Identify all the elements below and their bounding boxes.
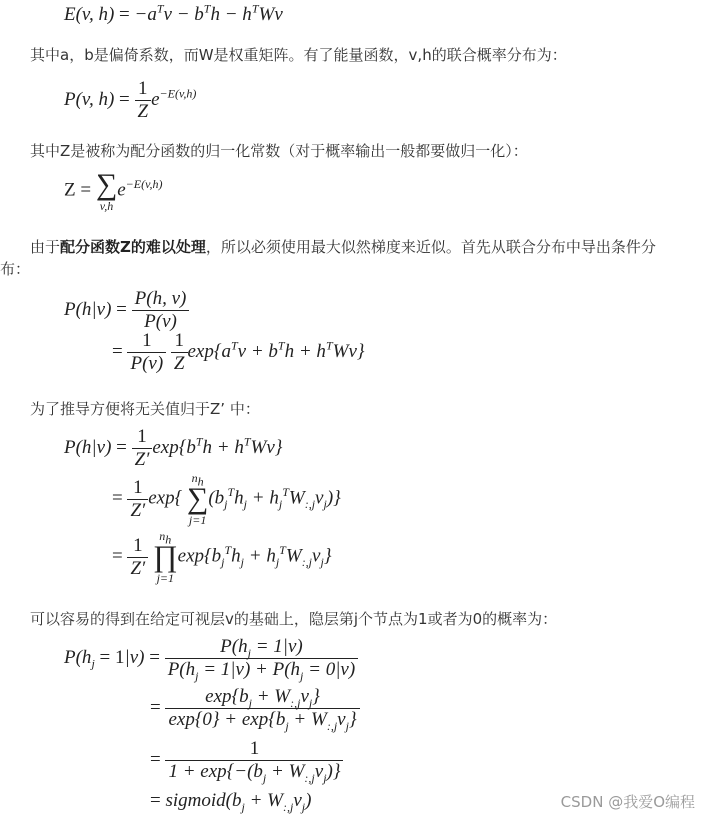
equation-factor-line1: P(h|v) = 1Z′exp{bTh + hTWv} — [64, 426, 282, 471]
paragraph-intractable-prefix: 由于 — [30, 238, 60, 256]
equation-sigmoid-line2: = exp{bj + W:,jvj}exp{0} + exp{bj + W:,j… — [150, 686, 360, 731]
paragraph-intractable-bold: 配分函数Z的难以处理 — [60, 238, 206, 256]
paragraph-intractable-suffix: ，所以必须使用最大似然梯度来近似。首先从联合分布中导出条件分 — [206, 238, 656, 256]
equation-conditional-line1: P(h|v) = P(h, v)P(v) — [64, 288, 189, 333]
paragraph-z-prime: 为了推导方便将无关值归于Z’ 中： — [30, 398, 260, 419]
equation-joint-probability: P(v, h) = 1Ze−E(v,h) — [64, 78, 196, 123]
paragraph-intractable: 由于配分函数Z的难以处理，所以必须使用最大似然梯度来近似。首先从联合分布中导出条… — [30, 236, 656, 257]
paragraph-hidden-node-probability: 可以容易的得到在给定可视层v的基础上，隐层第j个节点为1或者为0的概率为： — [30, 608, 557, 629]
paragraph-partition-function: 其中Z是被称为配分函数的归一化常数（对于概率输出一般都要做归一化）： — [30, 140, 528, 161]
csdn-watermark: CSDN @我爱O编程 — [561, 791, 695, 812]
equation-factor-line2: = 1Z′exp{ nh∑j=1(bjThj + hjTW:,jvj)} — [112, 472, 341, 526]
equation-sigmoid-line4: = sigmoid(bj + W:,jvj) — [150, 790, 311, 812]
equation-factor-line3: = 1Z′ nh∏j=1exp{bjThj + hjTW:,jvj} — [112, 530, 331, 584]
equation-partition-function: Z = ∑v,he−E(v,h) — [64, 170, 163, 212]
equation-sigmoid-line1: P(hj = 1|v) = P(hj = 1|v)P(hj = 1|v) + P… — [64, 636, 358, 681]
paragraph-intractable-wrap: 布： — [0, 258, 30, 279]
equation-conditional-line2: = 1P(v) 1Zexp{aTv + bTh + hTWv} — [112, 330, 364, 375]
paragraph-bias-weights: 其中a，b是偏倚系数，而W是权重矩阵。有了能量函数，v,h的联合概率分布为： — [30, 44, 567, 65]
equation-energy: E(v, h) = −aTv − bTh − hTWv — [64, 4, 283, 26]
equation-sigmoid-line3: = 11 + exp{−(bj + W:,jvj)} — [150, 738, 343, 783]
